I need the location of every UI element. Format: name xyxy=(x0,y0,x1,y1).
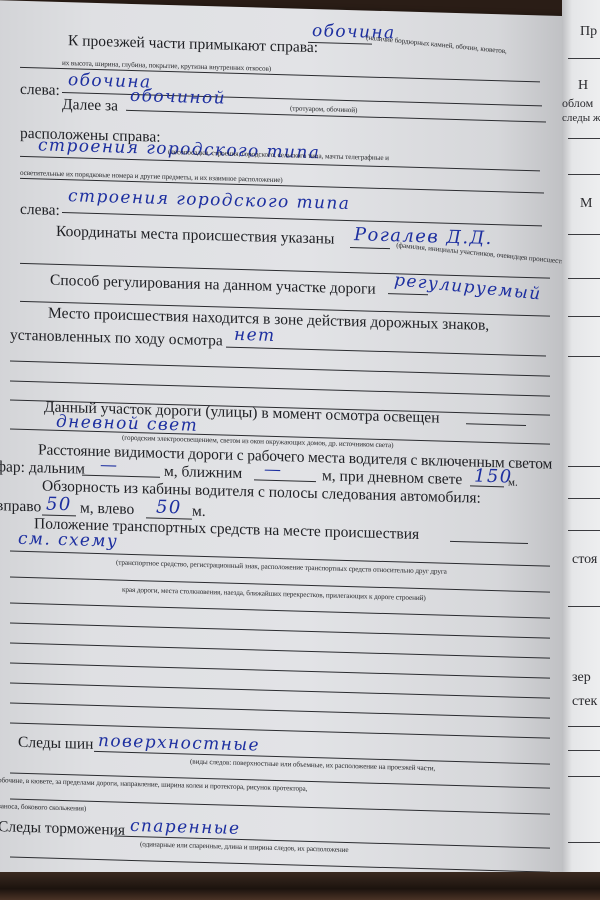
form-page: К проезжей части примыкают справа: обочи… xyxy=(0,0,566,900)
field-line xyxy=(466,423,526,426)
field-line xyxy=(10,683,550,699)
low-beam-value[interactable]: — xyxy=(264,460,282,481)
field-line xyxy=(568,726,600,727)
page-fragment: стоя xyxy=(572,552,597,568)
cabin-right-value[interactable]: 50 xyxy=(46,494,72,516)
field-line xyxy=(226,347,546,357)
table-background xyxy=(0,872,600,900)
located-left-label: слева: xyxy=(20,201,60,220)
adjacent-left-label: слева: xyxy=(20,81,60,100)
daylight-unit: м. xyxy=(508,476,518,488)
field-line xyxy=(10,381,550,397)
further-value[interactable]: обочиной xyxy=(130,86,226,109)
field-line xyxy=(568,234,600,235)
page-fragment: следы ж xyxy=(562,112,600,124)
field-line xyxy=(10,643,550,659)
field-line xyxy=(568,58,600,59)
braking-hint: (одинарные или спаренные, длина и ширина… xyxy=(140,840,348,854)
field-line xyxy=(388,293,428,295)
vehicle-position-hint-2: края дороги, места столкновения, наезда,… xyxy=(122,586,426,602)
further-hint: (тротуаром, обочиной) xyxy=(290,104,357,114)
cabin-right-label: вправо xyxy=(0,497,41,516)
field-line xyxy=(568,498,600,499)
road-signs-value[interactable]: нет xyxy=(234,325,276,346)
cabin-unit: м. xyxy=(192,503,206,521)
field-line xyxy=(568,174,600,175)
page-fragment: Пр xyxy=(580,24,597,40)
road-signs-label-2: установленных по ходу осмотра xyxy=(10,327,223,351)
field-line xyxy=(10,623,550,639)
field-line xyxy=(568,776,600,777)
field-line xyxy=(568,842,600,843)
field-line xyxy=(470,485,504,487)
field-line xyxy=(568,466,600,467)
page-fragment: зер xyxy=(572,670,591,686)
field-line xyxy=(10,703,550,719)
field-line xyxy=(568,750,600,751)
regulation-label: Способ регулирования на данном участке д… xyxy=(50,272,376,299)
adjacent-right-label: К проезжей части примыкают справа: xyxy=(68,32,318,57)
page-fragment: облом xyxy=(562,96,593,111)
page-fragment: Н xyxy=(578,78,588,94)
tire-tracks-label: Следы шин xyxy=(18,734,93,754)
page-fragment: М xyxy=(580,196,592,212)
cabin-left-value[interactable]: 50 xyxy=(156,497,182,519)
field-line xyxy=(10,361,550,377)
adjacent-right-hint: (наличие бордюрных камней, обочин, кювет… xyxy=(366,34,507,56)
field-line xyxy=(350,247,390,249)
field-line xyxy=(568,316,600,317)
field-line xyxy=(10,799,550,815)
field-line xyxy=(10,663,550,679)
tire-tracks-hint-3: заноса, бокового скольжения) xyxy=(0,802,86,812)
adjacent-page-edge: Пр Н облом следы ж М стоя зер стек xyxy=(562,0,600,900)
field-line xyxy=(568,530,600,531)
located-left-value[interactable]: строения городского типа xyxy=(68,186,350,214)
field-line xyxy=(568,278,600,279)
field-line xyxy=(568,356,600,357)
further-label: Далее за xyxy=(62,96,118,116)
field-line xyxy=(82,475,160,478)
field-line xyxy=(568,138,600,139)
field-line xyxy=(254,479,316,482)
braking-label: Следы торможения xyxy=(0,818,125,840)
low-beam-label: м, ближним xyxy=(164,463,242,483)
field-line xyxy=(568,606,600,607)
high-beam-value[interactable]: — xyxy=(100,455,118,476)
field-line xyxy=(10,603,550,619)
vehicle-position-value[interactable]: см. схему xyxy=(18,529,118,552)
page-fragment: стек xyxy=(572,694,597,710)
daylight-value[interactable]: 150 xyxy=(474,466,513,488)
field-line xyxy=(10,857,550,873)
high-beam-label: фар: дальним xyxy=(0,458,85,478)
field-line xyxy=(450,541,528,544)
coordinates-label: Координаты места происшествия указаны xyxy=(56,223,334,249)
